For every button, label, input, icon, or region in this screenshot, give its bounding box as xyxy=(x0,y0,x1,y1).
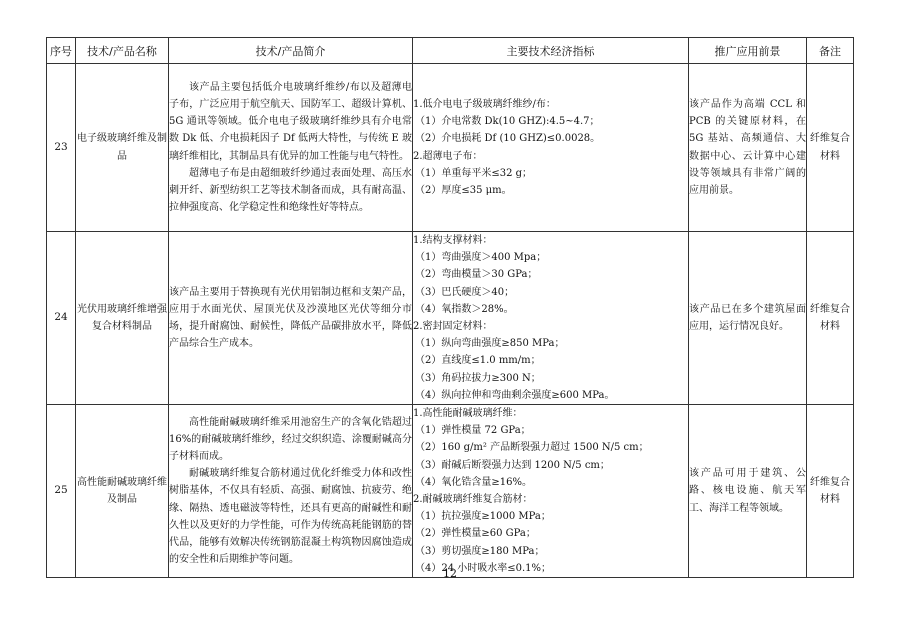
indicator-line: （3）巴氏硬度＞40； xyxy=(413,284,688,301)
indicator-line: （2）厚度≤35 μm。 xyxy=(413,182,688,199)
indicator-line: （3）角码拉拔力≥300 N； xyxy=(413,370,688,387)
indicator-line: 1.结构支撑材料： xyxy=(413,232,688,249)
intro-paragraph: 该产品主要包括低介电玻璃纤维纱/布以及超薄电子布，广泛应用于航空航天、国防军工、… xyxy=(169,79,412,165)
table-row: 25 高性能耐碱玻璃纤维及制品 高性能耐碱玻璃纤维采用池窑生产的含氧化锆超过 1… xyxy=(47,405,854,578)
header-indicators: 主要技术经济指标 xyxy=(413,38,689,64)
header-intro: 技术/产品简介 xyxy=(169,38,413,64)
row-indicators: 1.低介电电子级玻璃纤维纱/布： （1）介电常数 Dk(10 GHZ):4.5~… xyxy=(413,64,689,232)
row-name: 高性能耐碱玻璃纤维及制品 xyxy=(76,405,169,578)
row-note: 纤维复合材料 xyxy=(807,405,854,578)
indicator-line: （3）剪切强度≥180 MPa； xyxy=(413,543,688,560)
indicator-line: （2）介电损耗 Df (10 GHZ)≤0.0028。 xyxy=(413,130,688,147)
technology-table: 序号 技术/产品名称 技术/产品简介 主要技术经济指标 推广应用前景 备注 23… xyxy=(46,37,854,578)
indicator-line: （1）介电常数 Dk(10 GHZ):4.5~4.7； xyxy=(413,113,688,130)
indicator-line: 2.密封固定材料： xyxy=(413,318,688,335)
indicator-line: （2）160 g/m² 产品断裂强力超过 1500 N/5 cm； xyxy=(413,439,688,456)
row-prospect: 该产品作为高端 CCL 和 PCB 的关键原材料，在 5G 基站、高频通信、大数… xyxy=(689,64,807,232)
indicator-line: 1.低介电电子级玻璃纤维纱/布： xyxy=(413,96,688,113)
row-prospect: 该产品可用于建筑、公路、核电设施、航天军工、海洋工程等领域。 xyxy=(689,405,807,578)
indicator-line: （2）弯曲模量＞30 GPa； xyxy=(413,266,688,283)
intro-paragraph: 高性能耐碱玻璃纤维采用池窑生产的含氧化锆超过 16%的耐碱玻璃纤维纱，经过交织织… xyxy=(169,414,412,466)
indicator-line: （1）弹性模量 72 GPa； xyxy=(413,422,688,439)
row-note: 纤维复合材料 xyxy=(807,64,854,232)
indicator-line: （4）纵向拉伸和弯曲剩余强度≥600 MPa。 xyxy=(413,387,688,404)
table-row: 23 电子级玻璃纤维及制品 该产品主要包括低介电玻璃纤维纱/布以及超薄电子布，广… xyxy=(47,64,854,232)
document-page: 序号 技术/产品名称 技术/产品简介 主要技术经济指标 推广应用前景 备注 23… xyxy=(0,0,900,636)
row-intro: 该产品主要包括低介电玻璃纤维纱/布以及超薄电子布，广泛应用于航空航天、国防军工、… xyxy=(169,64,413,232)
intro-paragraph: 超薄电子布是由超细玻纤纱通过表面处理、高压水刺开纤、新型纺织工艺等技术制备而成，… xyxy=(169,165,412,217)
indicator-line: （1）单重每平米≤32 g； xyxy=(413,165,688,182)
indicator-line: （2）弹性模量≥60 GPa； xyxy=(413,525,688,542)
row-name: 光伏用玻璃纤维增强复合材料制品 xyxy=(76,232,169,405)
indicator-line: （1）抗拉强度≥1000 MPa； xyxy=(413,508,688,525)
row-note: 纤维复合材料 xyxy=(807,232,854,405)
page-number: 12 xyxy=(0,567,900,580)
indicator-line: （4）氧指数＞28%。 xyxy=(413,301,688,318)
header-prospect: 推广应用前景 xyxy=(689,38,807,64)
header-name: 技术/产品名称 xyxy=(76,38,169,64)
table-row: 24 光伏用玻璃纤维增强复合材料制品 该产品主要用于替换现有光伏用铝制边框和支架… xyxy=(47,232,854,405)
row-seq: 24 xyxy=(47,232,76,405)
indicator-line: （1）纵向弯曲强度≥850 MPa； xyxy=(413,335,688,352)
intro-paragraph: 该产品主要用于替换现有光伏用铝制边框和支架产品，应用于水面光伏、屋顶光伏及沙漠地… xyxy=(169,284,412,353)
indicator-line: 2.耐碱玻璃纤维复合筋材： xyxy=(413,491,688,508)
row-indicators: 1.高性能耐碱玻璃纤维： （1）弹性模量 72 GPa； （2）160 g/m²… xyxy=(413,405,689,578)
indicator-line: 1.高性能耐碱玻璃纤维： xyxy=(413,405,688,422)
row-intro: 高性能耐碱玻璃纤维采用池窑生产的含氧化锆超过 16%的耐碱玻璃纤维纱，经过交织织… xyxy=(169,405,413,578)
indicator-line: （1）弯曲强度＞400 Mpa； xyxy=(413,249,688,266)
indicator-line: （2）直线度≤1.0 mm/m； xyxy=(413,352,688,369)
row-indicators: 1.结构支撑材料： （1）弯曲强度＞400 Mpa； （2）弯曲模量＞30 GP… xyxy=(413,232,689,405)
row-intro: 该产品主要用于替换现有光伏用铝制边框和支架产品，应用于水面光伏、屋顶光伏及沙漠地… xyxy=(169,232,413,405)
intro-paragraph: 耐碱玻璃纤维复合筋材通过优化纤维受力体和改性树脂基体，不仅具有轻质、高强、耐腐蚀… xyxy=(169,465,412,568)
row-name: 电子级玻璃纤维及制品 xyxy=(76,64,169,232)
indicator-line: 2.超薄电子布： xyxy=(413,148,688,165)
table-header-row: 序号 技术/产品名称 技术/产品简介 主要技术经济指标 推广应用前景 备注 xyxy=(47,38,854,64)
indicator-line: （4）氧化锆含量≥16%。 xyxy=(413,474,688,491)
indicator-line: （3）耐碱后断裂强力达到 1200 N/5 cm； xyxy=(413,457,688,474)
header-seq: 序号 xyxy=(47,38,76,64)
row-prospect: 该产品已在多个建筑屋面应用，运行情况良好。 xyxy=(689,232,807,405)
row-seq: 23 xyxy=(47,64,76,232)
row-seq: 25 xyxy=(47,405,76,578)
header-note: 备注 xyxy=(807,38,854,64)
